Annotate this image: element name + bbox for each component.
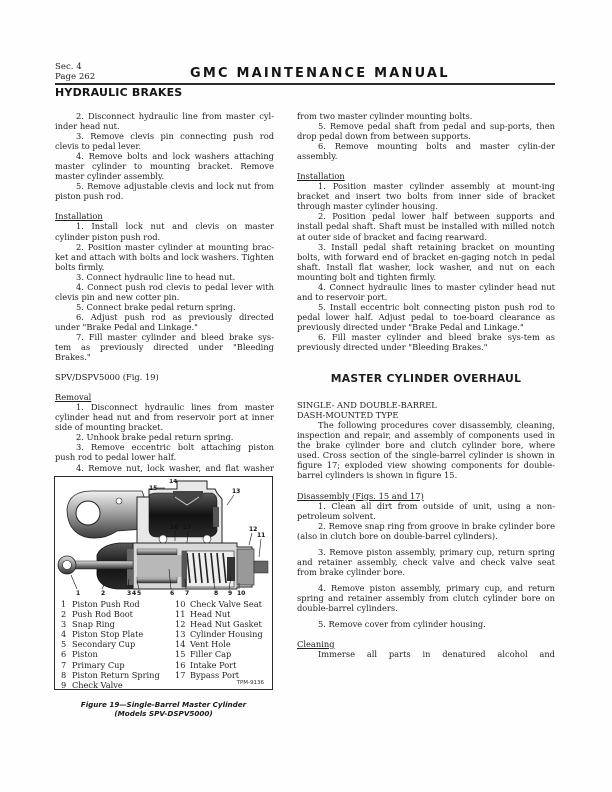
- svg-text:11: 11: [257, 532, 265, 539]
- legend-item: 4Piston Stop Plate: [61, 629, 160, 639]
- manual-title: GMC MAINTENANCE MANUAL: [190, 66, 450, 81]
- step: 4. Connect hydraulic lines to master cyl…: [297, 282, 555, 302]
- figure-ref-code: TPM-9136: [237, 680, 264, 686]
- legend-item: 7Primary Cup: [61, 660, 160, 670]
- step: 4. Remove piston assembly, primary cup, …: [297, 583, 555, 613]
- legend-item: 12Head Nut Gasket: [175, 619, 263, 629]
- section-page-label: Sec. 4 Page 262: [55, 62, 95, 82]
- svg-text:15: 15: [149, 485, 157, 492]
- svg-text:16: 16: [170, 524, 178, 531]
- svg-text:5: 5: [137, 590, 141, 597]
- step: 5. Remove adjustable clevis and lock nut…: [55, 181, 274, 201]
- step: 2. Unhook brake pedal return spring.: [55, 432, 274, 442]
- step: 6. Adjust push rod as previously directe…: [55, 312, 274, 332]
- step: 1. Disconnect hydraulic lines from maste…: [55, 402, 274, 432]
- step: 2. Disconnect hydraulic line from master…: [55, 111, 274, 131]
- step: 5. Remove cover from cylinder housing.: [297, 619, 555, 629]
- svg-text:4: 4: [132, 590, 136, 597]
- svg-text:14: 14: [169, 479, 177, 485]
- svg-text:12: 12: [249, 526, 257, 533]
- step: 6. Fill master cylinder and bleed brake …: [297, 332, 555, 352]
- step: 1. Position master cylinder assembly at …: [297, 181, 555, 211]
- svg-text:8: 8: [214, 590, 218, 597]
- model-heading: SPV/DSPV5000 (Fig. 19): [55, 372, 274, 382]
- installation-heading: Installation: [297, 171, 555, 181]
- svg-text:13: 13: [232, 488, 240, 495]
- figure-caption: Figure 19—Single-Barrel Master Cylinder …: [54, 700, 273, 718]
- step: 3. Install pedal shaft retaining bracket…: [297, 242, 555, 282]
- legend-item: 3Snap Ring: [61, 619, 160, 629]
- legend-item: 13Cylinder Housing: [175, 629, 263, 639]
- step: 5. Install eccentric bolt connecting pis…: [297, 302, 555, 332]
- legend-column-2: 10Check Valve Seat 11Head Nut 12Head Nut…: [175, 599, 263, 680]
- step: 1. Install lock nut and clevis on master…: [55, 221, 274, 241]
- step: 4. Remove nut, lock washer, and flat was…: [55, 463, 274, 473]
- legend-item: 5Secondary Cup: [61, 639, 160, 649]
- step: 3. Remove piston assembly, primary cup, …: [297, 547, 555, 577]
- step: from two master cylinder mounting bolts.: [297, 111, 555, 121]
- right-column: from two master cylinder mounting bolts.…: [297, 111, 555, 659]
- step: 4. Remove bolts and lock washers attachi…: [55, 151, 274, 181]
- step: 2. Position pedal lower half between sup…: [297, 211, 555, 241]
- step: 3. Remove eccentric bolt attaching pisto…: [55, 442, 274, 462]
- svg-text:3: 3: [127, 590, 131, 597]
- legend-item: 6Piston: [61, 649, 160, 659]
- subheading: DASH-MOUNTED TYPE: [297, 410, 555, 420]
- step: 5. Remove pedal shaft from pedal and sup…: [297, 121, 555, 141]
- svg-text:17: 17: [183, 524, 191, 531]
- figure-19: 1 2 3 4 5 6 7 8 9 10 11 12 13 14 15 16 1…: [54, 476, 273, 690]
- legend-column-1: 1Piston Push Rod 2Push Rod Boot 3Snap Ri…: [61, 599, 160, 690]
- removal-heading: Removal: [55, 392, 274, 402]
- svg-text:6: 6: [170, 590, 174, 597]
- step: 1. Clean all dirt from outside of unit, …: [297, 501, 555, 521]
- legend-item: 1Piston Push Rod: [61, 599, 160, 609]
- intro-paragraph: The following procedures cover disassemb…: [297, 420, 555, 480]
- step: 3. Connect hydraulic line to head nut.: [55, 272, 274, 282]
- legend-item: 2Push Rod Boot: [61, 609, 160, 619]
- overhaul-heading: MASTER CYLINDER OVERHAUL: [297, 374, 555, 384]
- subheading: SINGLE- AND DOUBLE-BARREL: [297, 400, 555, 410]
- header-rule: [55, 83, 555, 85]
- legend-item: 10Check Valve Seat: [175, 599, 263, 609]
- master-cylinder-diagram: 1 2 3 4 5 6 7 8 9 10 11 12 13 14 15 16 1…: [57, 479, 270, 597]
- legend-item: 14Vent Hole: [175, 639, 263, 649]
- step: 2. Position master cylinder at mounting …: [55, 242, 274, 272]
- step: 5. Connect brake pedal return spring.: [55, 302, 274, 312]
- legend-item: 17Bypass Port: [175, 670, 263, 680]
- left-column: 2. Disconnect hydraulic line from master…: [55, 111, 274, 473]
- step: 3. Remove clevis pin connecting push rod…: [55, 131, 274, 151]
- svg-text:2: 2: [101, 590, 105, 597]
- installation-heading: Installation: [55, 211, 274, 221]
- section-number: Sec. 4: [55, 62, 95, 72]
- legend-item: 16Intake Port: [175, 660, 263, 670]
- cleaning-paragraph: Immerse all parts in denatured alcohol a…: [297, 649, 555, 659]
- disassembly-heading: Disassembly (Figs. 15 and 17): [297, 491, 555, 501]
- step: 7. Fill master cylinder and bleed brake …: [55, 332, 274, 362]
- svg-text:9: 9: [228, 590, 232, 597]
- manual-page: Sec. 4 Page 262 GMC MAINTENANCE MANUAL H…: [0, 0, 612, 792]
- legend-item: 11Head Nut: [175, 609, 263, 619]
- page-number: Page 262: [55, 72, 95, 82]
- svg-text:7: 7: [185, 590, 189, 597]
- step: 6. Remove mounting bolts and master cyli…: [297, 141, 555, 161]
- svg-text:1: 1: [76, 590, 80, 597]
- cleaning-heading: Cleaning: [297, 639, 555, 649]
- step: 4. Connect push rod clevis to pedal leve…: [55, 282, 274, 302]
- legend-item: 15Filler Cap: [175, 649, 263, 659]
- step: 2. Remove snap ring from groove in brake…: [297, 521, 555, 541]
- legend-item: 8Piston Return Spring: [61, 670, 160, 680]
- svg-text:10: 10: [237, 590, 245, 597]
- section-title: HYDRAULIC BRAKES: [55, 86, 182, 99]
- legend-item: 9Check Valve: [61, 680, 160, 690]
